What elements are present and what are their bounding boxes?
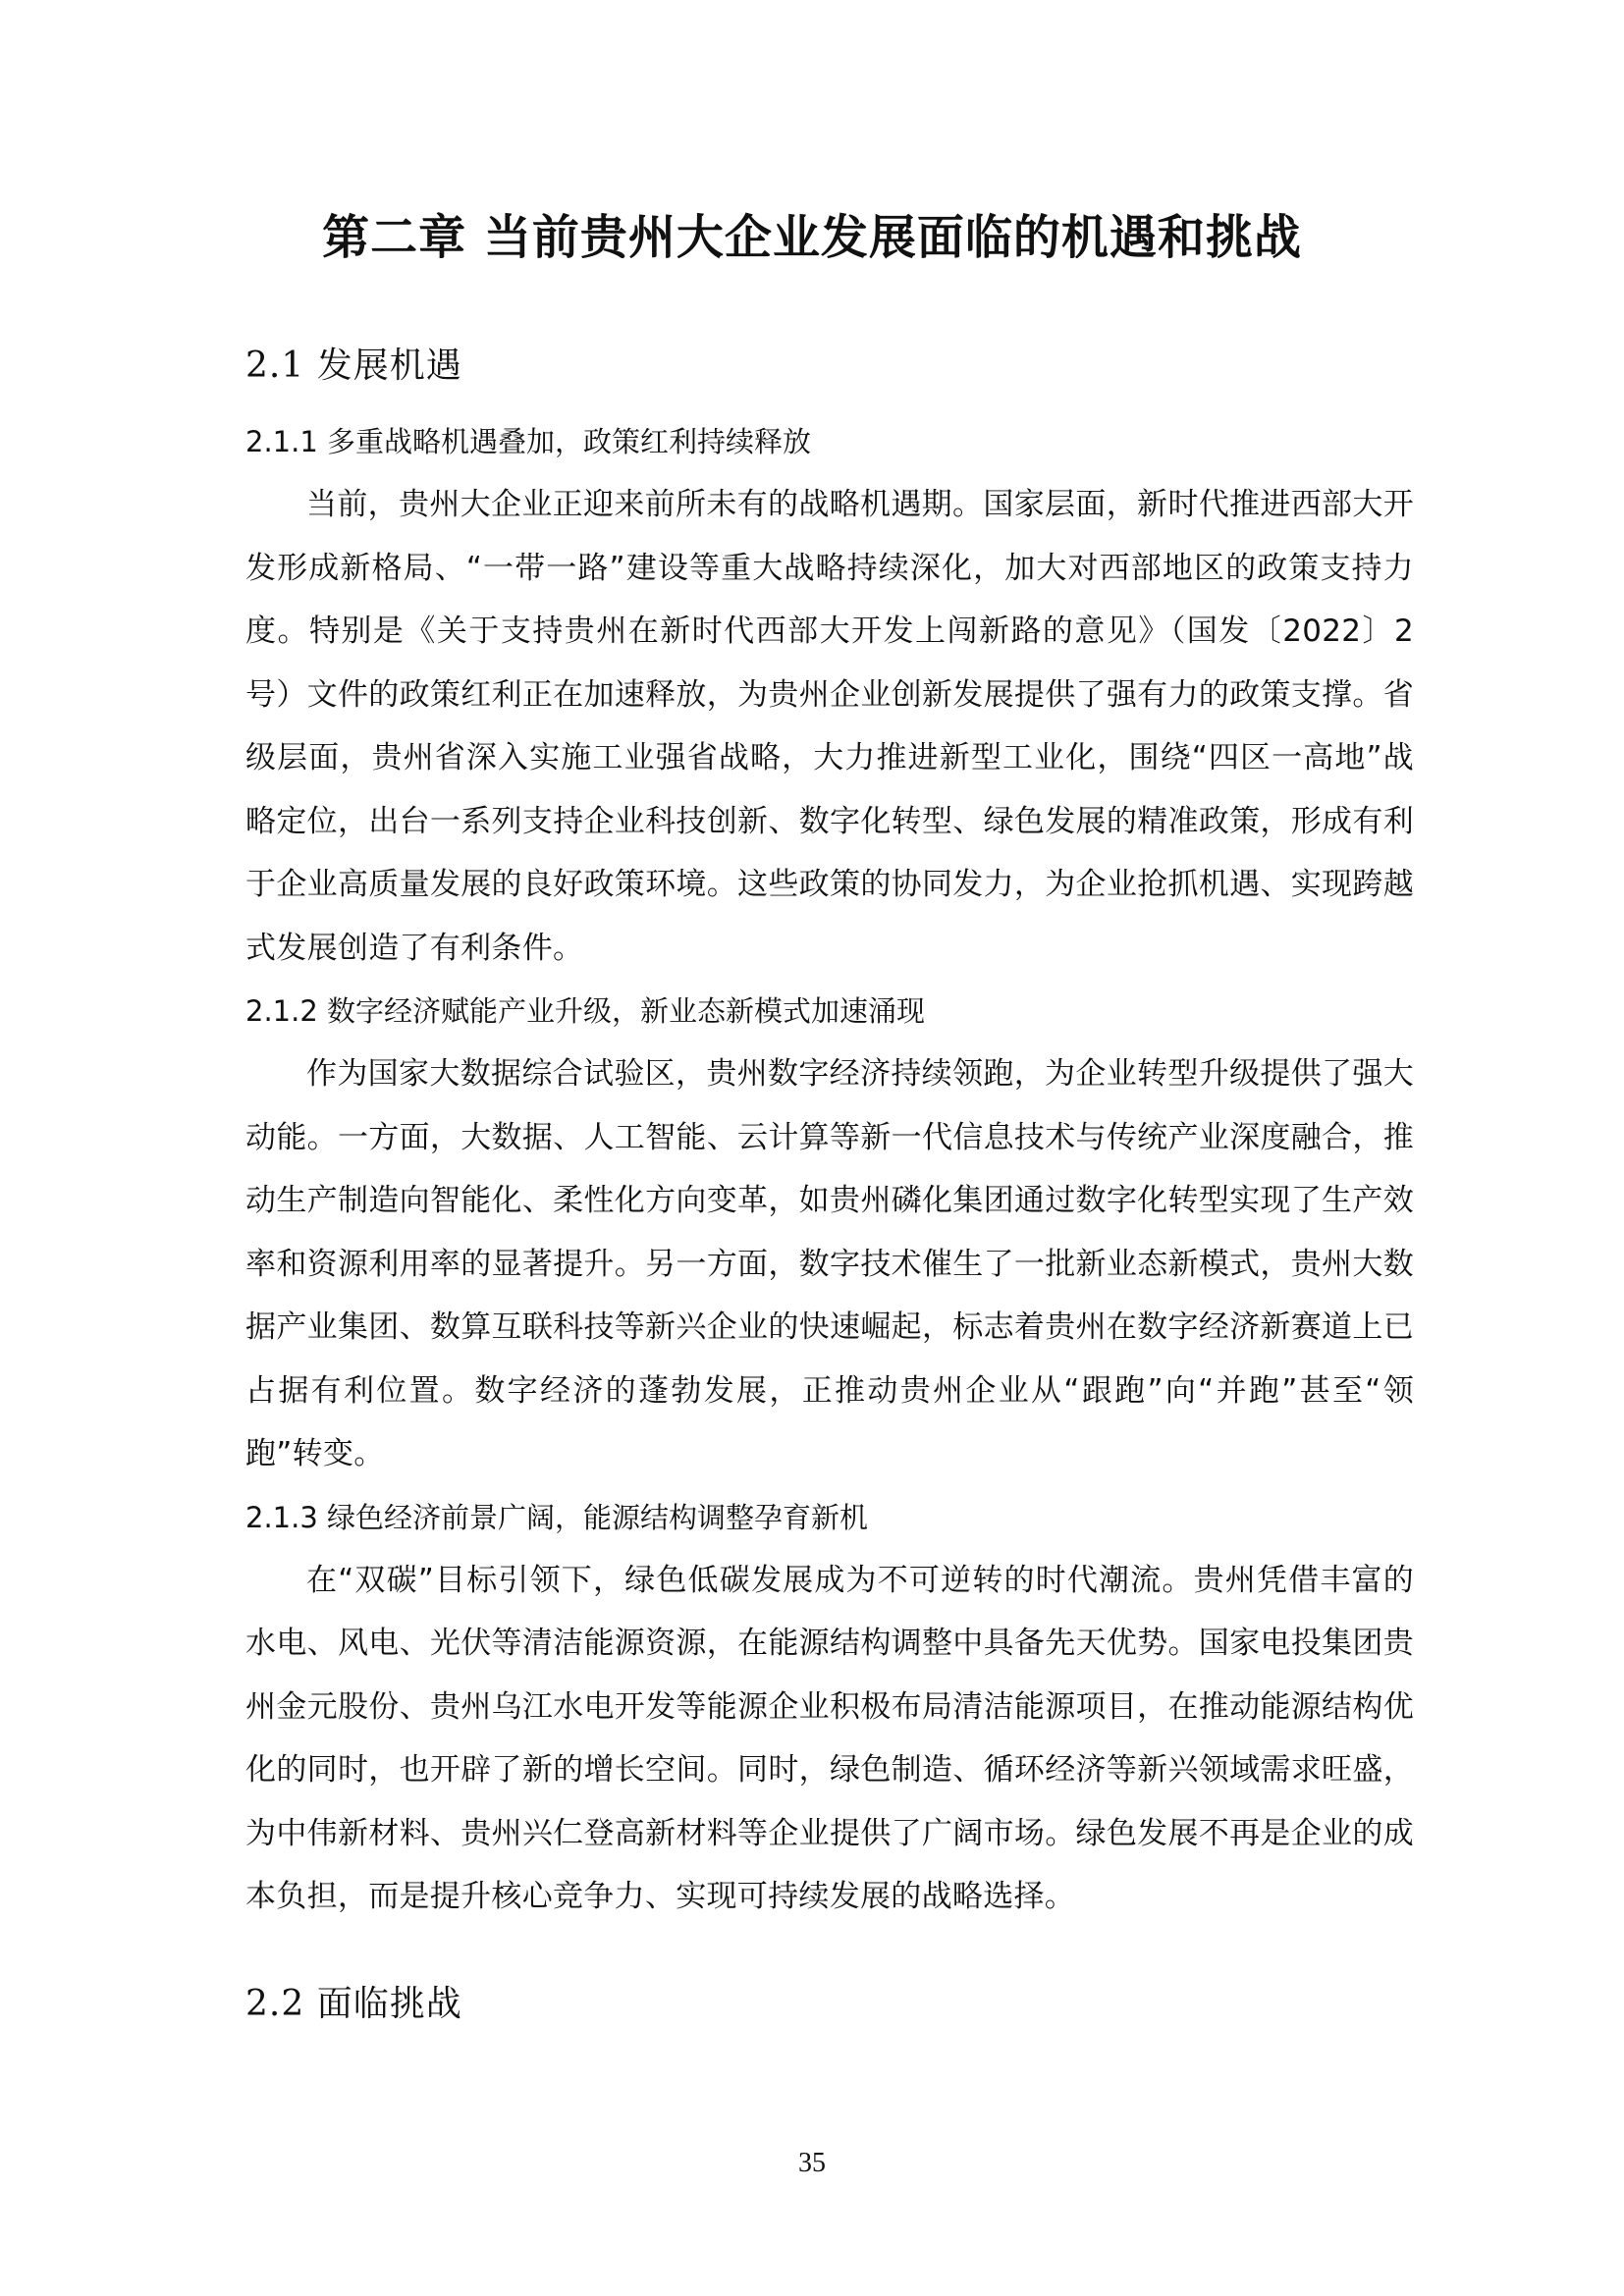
chapter-title: 第二章 当前贵州大企业发展面临的机遇和挑战 <box>0 208 1624 267</box>
paragraph-2-1-2: 作为国家大数据综合试验区，贵州数字经济持续领跑，为企业转型升级提供了强大动能。一… <box>245 1042 1414 1486</box>
subsection-heading-2-1-2: 2.1.2 数字经济赋能产业升级，新业态新模式加速涌现 <box>245 980 1414 1042</box>
document-page: 第二章 当前贵州大企业发展面临的机遇和挑战 2.1 发展机遇 2.1.1 多重战… <box>0 0 1624 2296</box>
page-number: 35 <box>0 2146 1624 2181</box>
subsection-heading-2-1-3: 2.1.3 绿色经济前景广阔，能源结构调整孕育新机 <box>245 1486 1414 1549</box>
page-content: 2.1 发展机遇 2.1.1 多重战略机遇叠加，政策红利持续释放 当前，贵州大企… <box>245 334 1414 2049</box>
paragraph-2-1-1: 当前，贵州大企业正迎来前所未有的战略机遇期。国家层面，新时代推进西部大开发形成新… <box>245 473 1414 980</box>
subsection-heading-2-1-1: 2.1.1 多重战略机遇叠加，政策红利持续释放 <box>245 410 1414 473</box>
section-heading-2-1: 2.1 发展机遇 <box>245 342 1414 391</box>
paragraph-2-1-3: 在“双碳”目标引领下，绿色低碳发展成为不可逆转的时代潮流。贵州凭借丰富的水电、风… <box>245 1549 1414 1929</box>
section-heading-2-2: 2.2 面临挑战 <box>245 1980 1414 2029</box>
